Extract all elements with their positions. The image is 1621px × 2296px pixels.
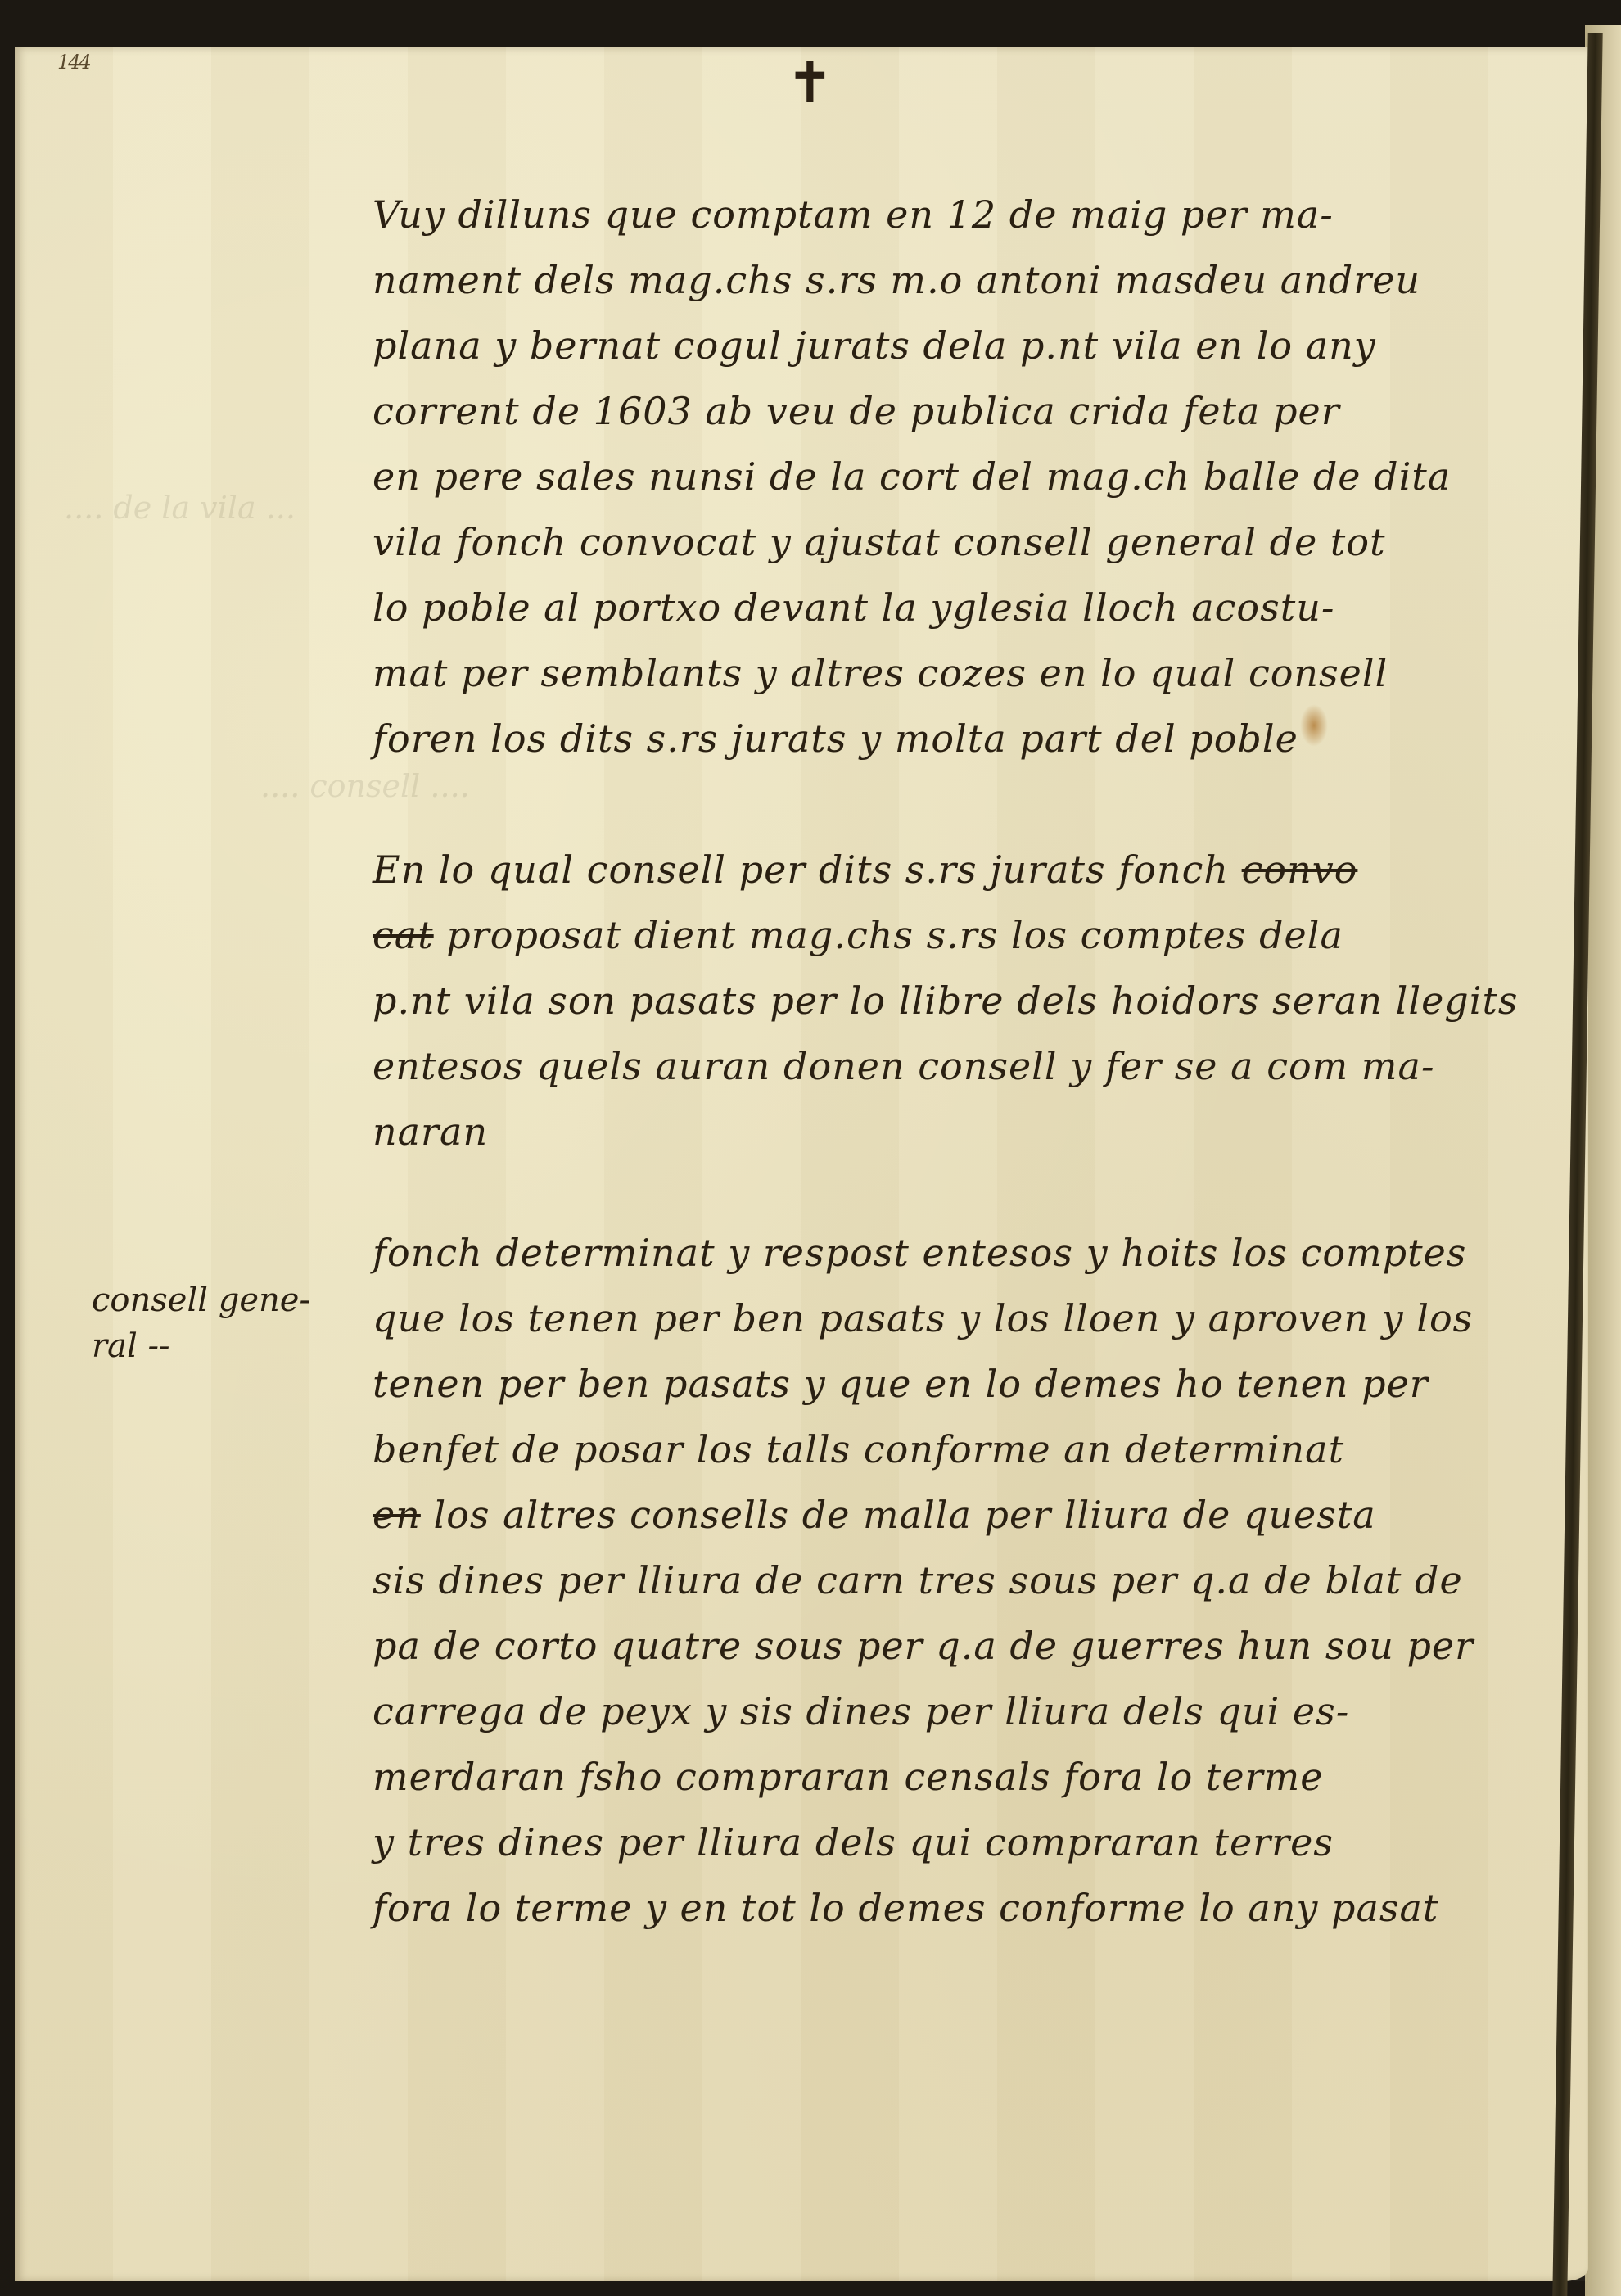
struck-word: cat — [373, 913, 434, 957]
folio-number: 144 — [57, 51, 90, 74]
text-line: foren los dits s.rs jurats y molta part … — [373, 706, 1519, 771]
text-line: sis dines per lliura de carn tres sous p… — [373, 1548, 1519, 1613]
margin-note-line: ral -- — [92, 1323, 354, 1369]
text-line: benfet de posar los talls conforme an de… — [373, 1417, 1519, 1482]
text-line: en pere sales nunsi de la cort del mag.c… — [373, 444, 1519, 509]
text-line: fora lo terme y en tot lo demes conforme… — [373, 1875, 1519, 1941]
text-line: fonch determinat y respost entesos y hoi… — [373, 1220, 1519, 1286]
text-line: corrent de 1603 ab veu de publica crida … — [373, 378, 1519, 444]
text-line: lo poble al portxo devant la yglesia llo… — [373, 575, 1519, 640]
text-line: plana y bernat cogul jurats dela p.nt vi… — [373, 313, 1519, 378]
text-line: nament dels mag.chs s.rs m.o antoni masd… — [373, 247, 1519, 313]
struck-word: convo — [1242, 847, 1358, 892]
text-line: en los altres consells de malla per lliu… — [373, 1482, 1519, 1548]
text-line: pa de corto quatre sous per q.a de guerr… — [373, 1613, 1519, 1679]
text-line: que los tenen per ben pasats y los lloen… — [373, 1286, 1519, 1351]
margin-note: consell gene- ral -- — [92, 1277, 354, 1369]
margin-note-line: consell gene- — [92, 1277, 354, 1323]
text-line: naran — [373, 1099, 1519, 1164]
paragraph-1: Vuy dilluns que comptam en 12 de maig pe… — [373, 182, 1519, 771]
text-line: mat per semblants y altres cozes en lo q… — [373, 640, 1519, 706]
text-line: entesos quels auran donen consell y fer … — [373, 1033, 1519, 1099]
text-line: tenen per ben pasats y que en lo demes h… — [373, 1351, 1519, 1417]
ink-stain — [1300, 704, 1328, 747]
text-line: Vuy dilluns que comptam en 12 de maig pe… — [373, 182, 1519, 247]
struck-word: en — [373, 1493, 421, 1537]
text-line: vila fonch convocat y ajustat consell ge… — [373, 509, 1519, 575]
text-line: carrega de peyx y sis dines per lliura d… — [373, 1679, 1519, 1744]
paragraph-3: fonch determinat y respost entesos y hoi… — [373, 1220, 1519, 1941]
text-line: cat proposat dient mag.chs s.rs los comp… — [373, 902, 1519, 968]
ink-bleed-through: .... consell .... — [260, 768, 470, 804]
text-line: p.nt vila son pasats per lo llibre dels … — [373, 968, 1519, 1033]
cross-icon: ✝ — [786, 54, 834, 111]
text-line: merdaran fsho compraran censals fora lo … — [373, 1744, 1519, 1810]
ink-bleed-through: .... de la vila ... — [64, 490, 296, 526]
text-line: y tres dines per lliura dels qui comprar… — [373, 1810, 1519, 1875]
text-line: En lo qual consell per dits s.rs jurats … — [373, 837, 1519, 902]
paragraph-2: En lo qual consell per dits s.rs jurats … — [373, 837, 1519, 1164]
